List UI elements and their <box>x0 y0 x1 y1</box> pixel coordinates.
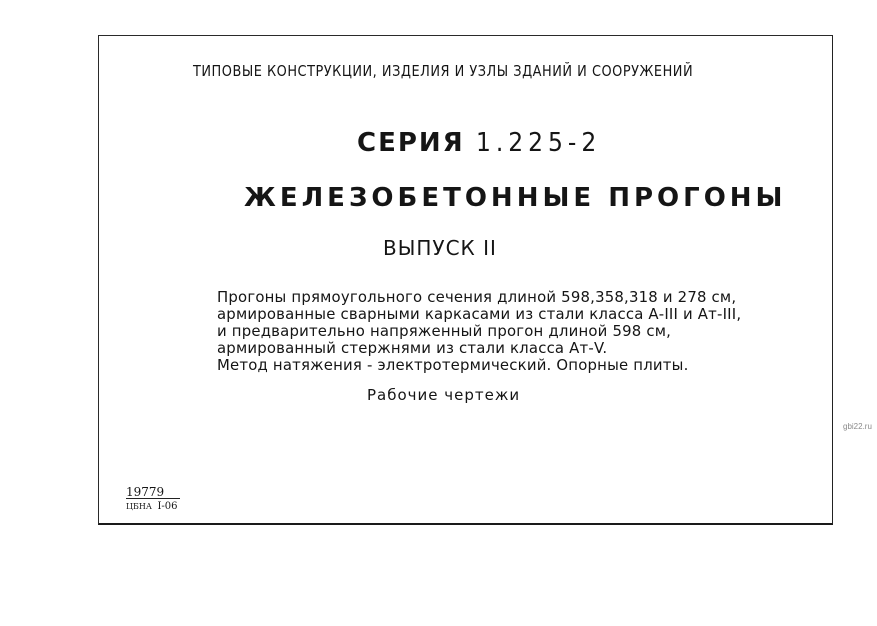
document-subtitle: ТИПОВЫЕ КОНСТРУКЦИИ, ИЗДЕЛИЯ И УЗЛЫ ЗДАН… <box>193 62 693 80</box>
description-line: Метод натяжения - электротермический. Оп… <box>217 357 741 374</box>
watermark: gbi22.ru <box>843 422 872 431</box>
description-line: и предварительно напряженный прогон длин… <box>217 323 741 340</box>
description-line: Прогоны прямоугольного сечения длиной 59… <box>217 289 741 306</box>
description-line: армированный стержнями из стали класса А… <box>217 340 741 357</box>
stamp-code: I-06 <box>157 501 177 512</box>
series-label: СЕРИЯ <box>357 128 465 158</box>
drawing-frame <box>98 35 833 525</box>
stamp-number: 19779 <box>126 486 180 499</box>
document-title: ЖЕЛЕЗОБЕТОННЫЕ ПРОГОНЫ <box>244 183 787 213</box>
issue-number: ВЫПУСК II <box>383 236 497 260</box>
series-heading: СЕРИЯ 1.225-2 <box>357 128 601 158</box>
series-number: 1.225-2 <box>476 128 601 158</box>
working-drawings-label: Рабочие чертежи <box>367 386 520 404</box>
description: Прогоны прямоугольного сечения длиной 59… <box>217 289 741 374</box>
description-line: армированные сварными каркасами из стали… <box>217 306 741 323</box>
inventory-stamp: 19779 ЦБНА I-06 <box>126 481 180 512</box>
stamp-org: ЦБНА <box>126 502 152 511</box>
